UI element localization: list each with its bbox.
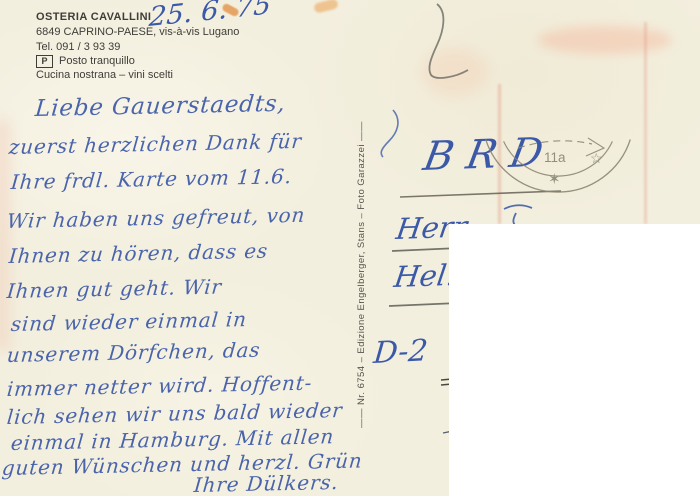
letter-line: Ihnen gut geht. Wir bbox=[6, 275, 223, 303]
ink-stray-mark bbox=[381, 110, 398, 157]
header-phone: Tel. 091 / 3 93 39 bbox=[36, 40, 120, 54]
pink-smudge bbox=[422, 48, 488, 96]
letter-line: unserem Dörfchen, das bbox=[6, 338, 261, 367]
letter-line: Ihre frdl. Karte vom 11.6. bbox=[10, 164, 293, 194]
letter-signature: Ihre Dülkers. bbox=[193, 470, 340, 496]
postcard-scan: OSTERIA CAVALLINI 6849 CAPRINO-PAESE, vi… bbox=[0, 0, 700, 496]
header-cuisine-note: Cucina nostrana – vini scelti bbox=[36, 68, 173, 82]
orange-mark bbox=[313, 0, 339, 14]
address-country: BRD bbox=[420, 129, 560, 180]
underline-country bbox=[400, 191, 561, 197]
header-parking-line: PPosto tranquillo bbox=[36, 54, 135, 68]
ink-overline-i-mark bbox=[504, 205, 532, 226]
letter-line: Wir haben uns gefreut, von bbox=[6, 203, 306, 233]
publisher-imprint: —— Nr. 6754 – Edizione Engelberger, Stan… bbox=[356, 121, 367, 428]
pink-smudge bbox=[538, 26, 672, 54]
postmark-arrow-mark bbox=[586, 138, 604, 156]
postmark-star-open-icon: ☆ bbox=[590, 150, 603, 166]
header-parking-note: Posto tranquillo bbox=[59, 55, 135, 67]
letter-line: zuerst herzlichen Dank für bbox=[8, 129, 303, 159]
crease-line bbox=[644, 22, 647, 224]
address-postal-code: D-2 bbox=[372, 333, 429, 371]
header-address: 6849 CAPRINO-PAESE, vis-à-vis Lugano bbox=[36, 25, 239, 39]
parking-icon: P bbox=[36, 55, 53, 68]
letter-line: Liebe Gauerstaedts, bbox=[34, 91, 287, 122]
header-name: OSTERIA CAVALLINI bbox=[36, 10, 151, 24]
letter-line: Ihnen zu hören, dass es bbox=[8, 239, 269, 268]
redaction-box bbox=[449, 224, 700, 496]
letter-line: sind wieder einmal in bbox=[10, 307, 248, 336]
letter-line: immer netter wird. Hoffent- bbox=[6, 371, 313, 401]
pencil-squiggle bbox=[429, 4, 468, 78]
